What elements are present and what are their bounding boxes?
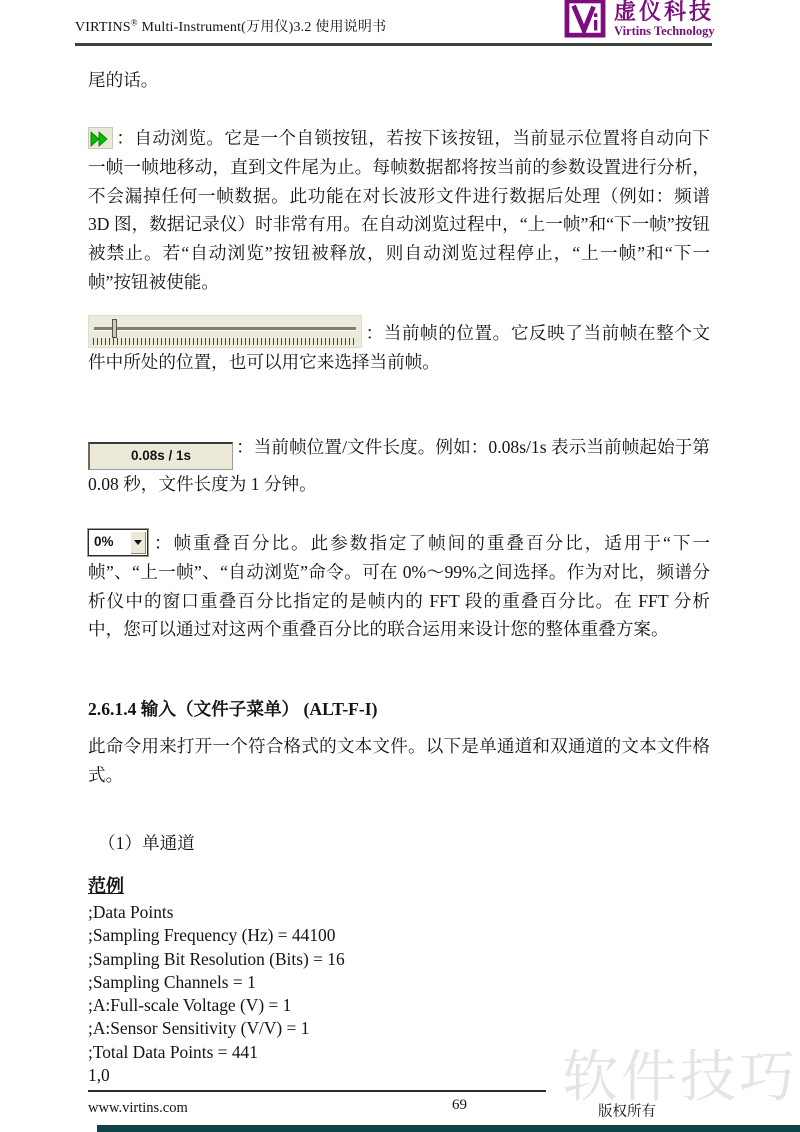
footer-page-number: 69: [452, 1097, 467, 1114]
virtins-v-logo-icon: [563, 0, 607, 38]
registered-mark: ®: [131, 17, 138, 27]
manual-page: 软件技巧 VIRTINS® Multi-Instrument(万用仪)3.2 使…: [0, 0, 800, 1132]
brand-name: VIRTINS: [75, 20, 131, 35]
overlap-selected-value: 0%: [94, 531, 114, 553]
company-logo: 虚仪科技 Virtins Technology: [563, 0, 715, 39]
code-line: 1,0: [88, 1064, 710, 1087]
frame-time-display: 0.08s / 1s: [88, 442, 233, 470]
footer-copyright: 版权所有: [598, 1100, 656, 1121]
example-label: 范例: [88, 872, 710, 901]
slider-tick-marks: [93, 338, 357, 345]
overlap-paragraph: 0%：帧重叠百分比。此参数指定了帧间的重叠百分比，适用于“下一帧”、“上一帧”、…: [88, 529, 710, 644]
code-line: ;A:Sensor Sensitivity (V/V) = 1: [88, 1017, 710, 1040]
code-line: ;A:Full-scale Voltage (V) = 1: [88, 994, 710, 1017]
example-code-block: ;Data Points ;Sampling Frequency (Hz) = …: [88, 901, 710, 1087]
logo-english-name: Virtins Technology: [614, 24, 715, 39]
frame-position-slider[interactable]: [88, 315, 362, 348]
slider-thumb[interactable]: [112, 319, 117, 338]
bottom-edge-bar: [97, 1125, 800, 1132]
page-header-title: VIRTINS® Multi-Instrument(万用仪)3.2 使用说明书: [75, 16, 386, 36]
frame-length-paragraph: 0.08s / 1s：当前帧位置/文件长度。例如：0.08s/1s 表示当前帧起…: [88, 433, 710, 499]
header-divider: [75, 43, 712, 46]
combobox-dropdown-button[interactable]: [130, 531, 146, 554]
code-line: ;Sampling Bit Resolution (Bits) = 16: [88, 948, 710, 971]
auto-browse-description: ：自动浏览。它是一个自锁按钮，若按下该按钮，当前显示位置将自动向下一帧一帧地移动…: [88, 128, 710, 292]
footer-divider: [88, 1090, 546, 1092]
code-line: ;Total Data Points = 441: [88, 1041, 710, 1064]
code-line: ;Data Points: [88, 901, 710, 924]
auto-browse-paragraph: ：自动浏览。它是一个自锁按钮，若按下该按钮，当前显示位置将自动向下一帧一帧地移动…: [88, 124, 710, 297]
logo-text: 虚仪科技 Virtins Technology: [614, 0, 715, 39]
intro-paragraph: 尾的话。: [88, 66, 710, 95]
fast-forward-icon: [89, 130, 110, 148]
auto-browse-button[interactable]: [88, 127, 113, 149]
section-heading: 2.6.1.4 输入（文件子菜单） (ALT-F-I): [88, 695, 710, 724]
overlap-description: ：帧重叠百分比。此参数指定了帧间的重叠百分比，适用于“下一帧”、“上一帧”、“自…: [88, 533, 710, 639]
logo-chinese-name: 虚仪科技: [614, 0, 715, 24]
footer-website: www.virtins.com: [88, 1100, 188, 1117]
section-body: 此命令用来打开一个符合格式的文本文件。以下是单通道和双通道的文本文件格式。: [88, 732, 710, 790]
code-line: ;Sampling Frequency (Hz) = 44100: [88, 924, 710, 947]
channel-label: （1）单通道: [98, 829, 720, 858]
overlap-percentage-combobox[interactable]: 0%: [88, 529, 148, 556]
code-line: ;Sampling Channels = 1: [88, 971, 710, 994]
header-title-rest: Multi-Instrument(万用仪)3.2 使用说明书: [138, 20, 386, 35]
slider-track: [94, 327, 356, 330]
dropdown-arrow-icon: [134, 540, 142, 545]
frame-position-paragraph: ：当前帧的位置。它反映了当前帧在整个文件中所处的位置，也可以用它来选择当前帧。: [88, 315, 710, 377]
